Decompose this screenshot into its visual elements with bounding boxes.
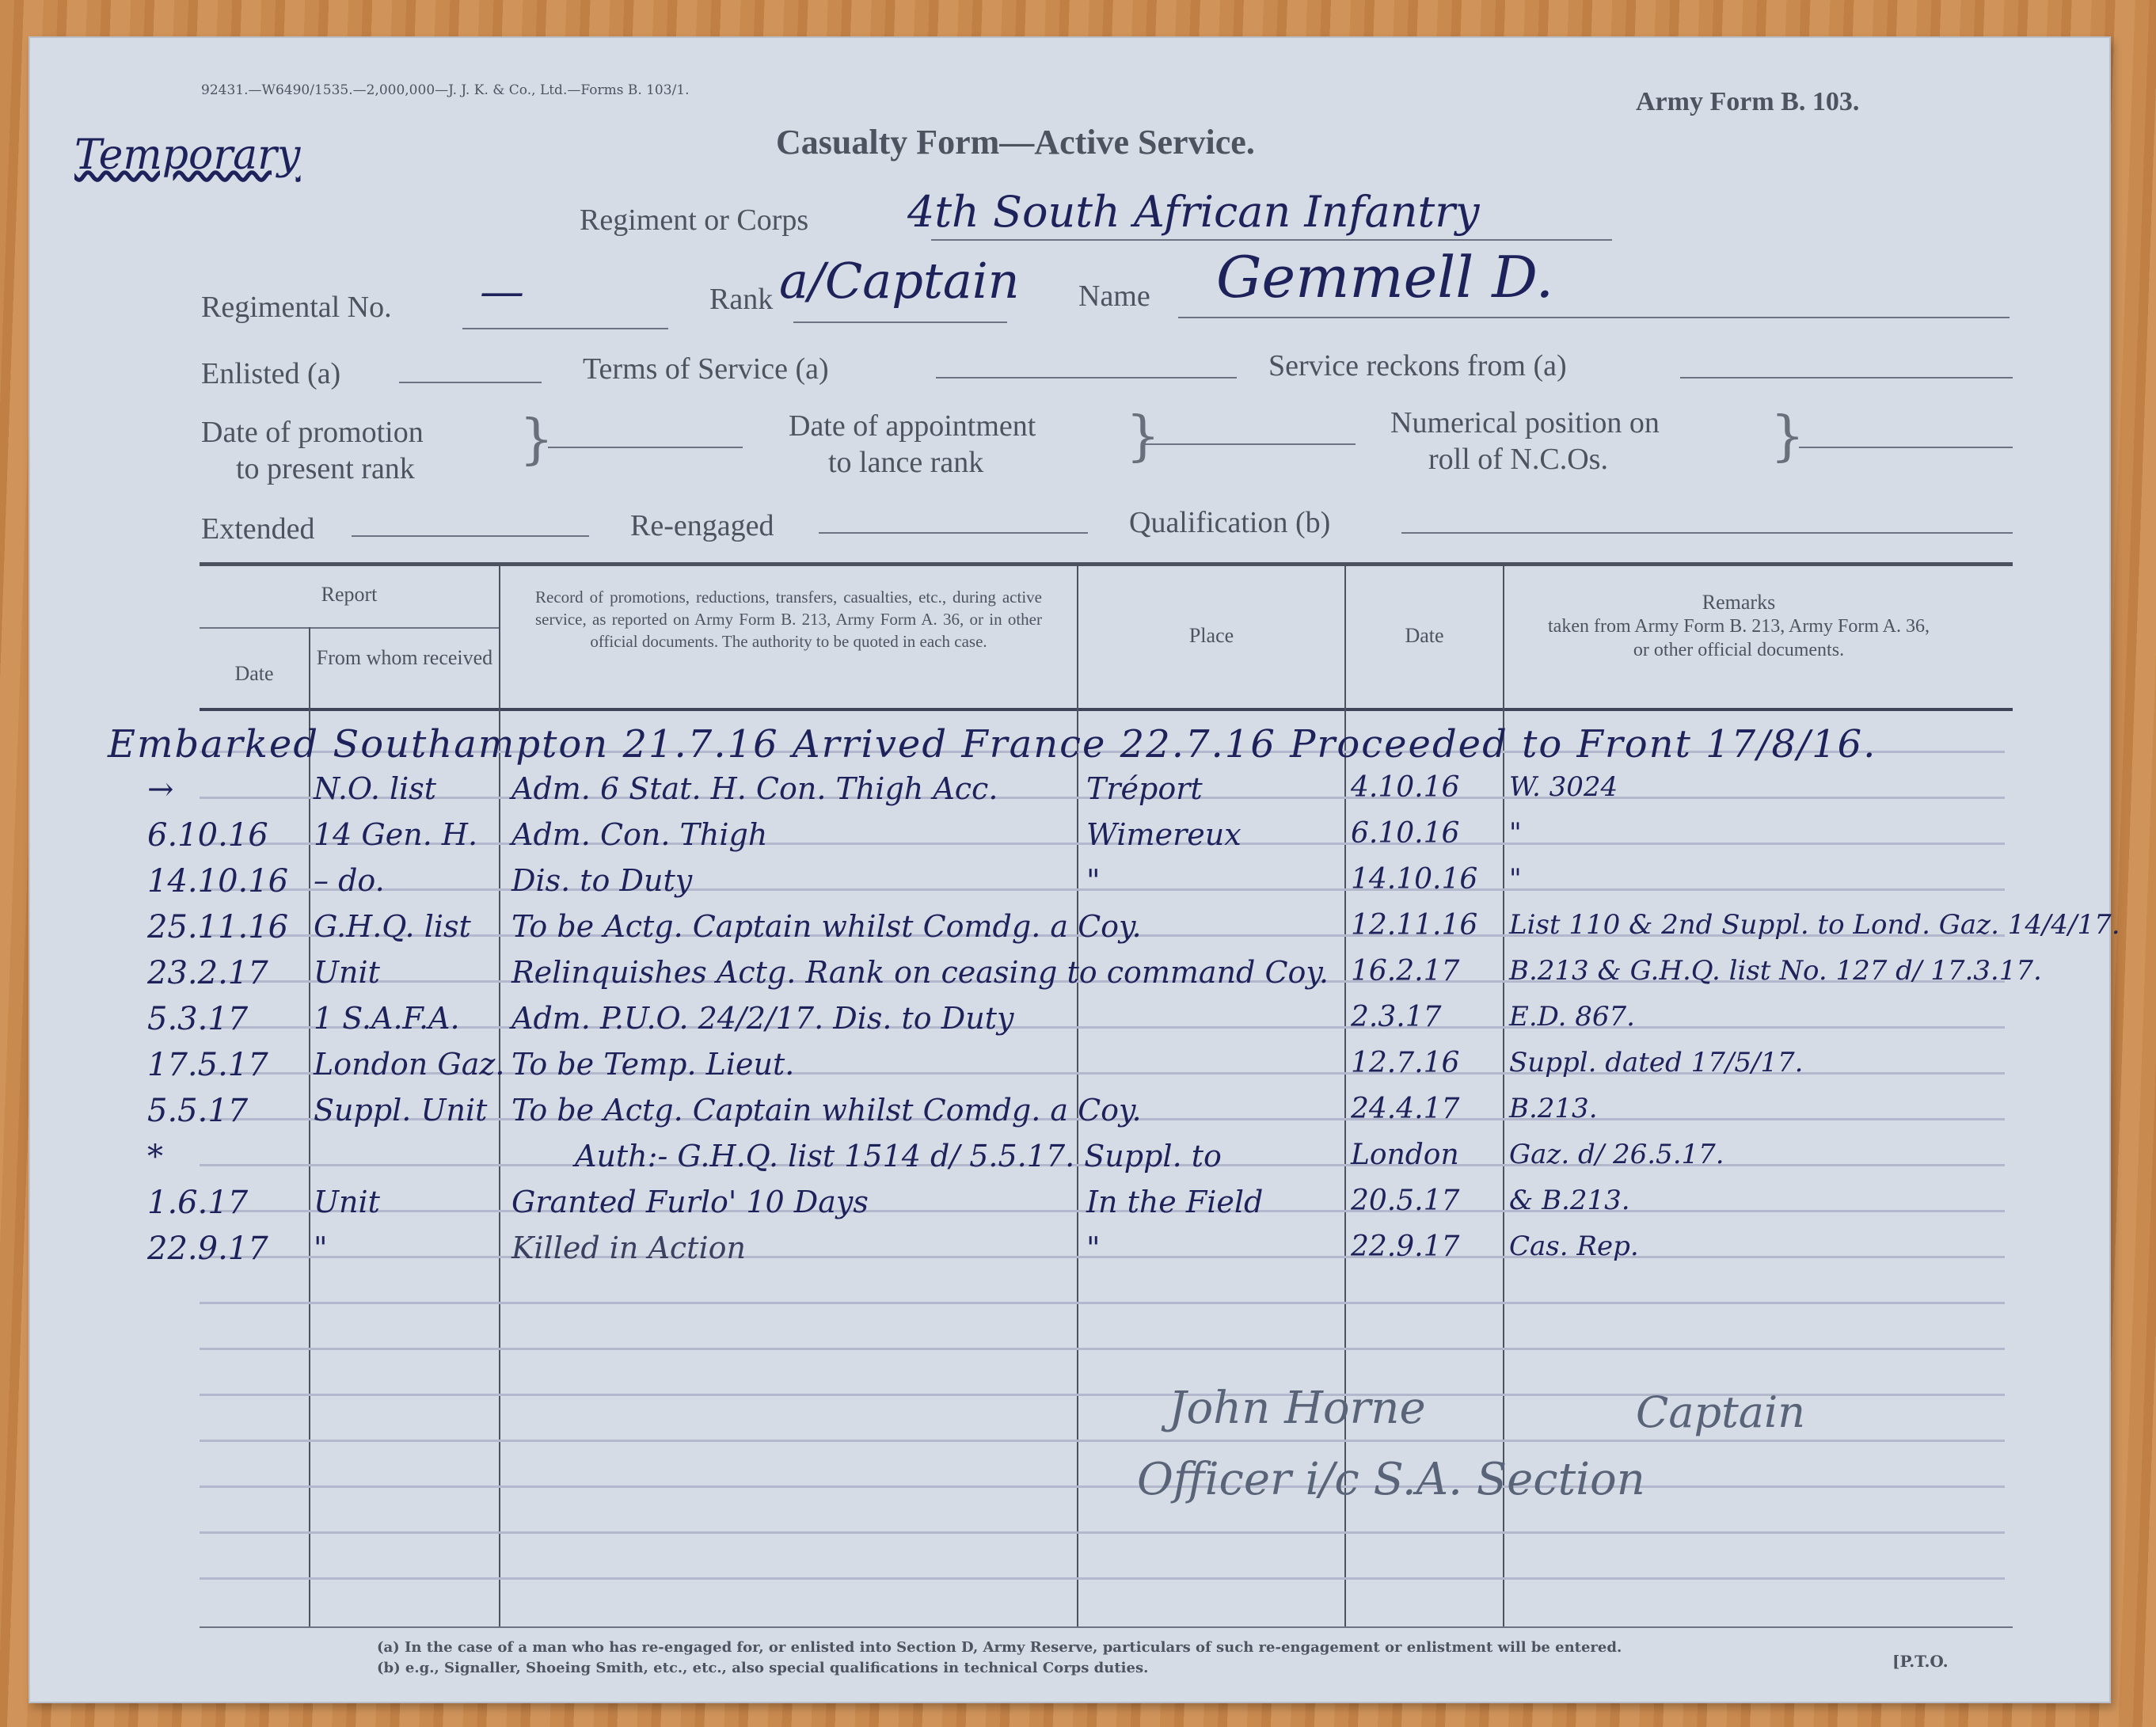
ruled-line [200, 888, 2005, 891]
cell-from: Suppl. Unit [314, 1093, 487, 1128]
ruled-line [200, 1302, 2005, 1304]
cell-date: 25.11.16 [147, 909, 288, 945]
cell-date: * [147, 1139, 163, 1175]
form-number: Army Form B. 103. [1636, 87, 1859, 117]
position-underline [1799, 447, 2013, 448]
cell-remarks: W. 3024 [1509, 771, 1618, 803]
report-header-divider [200, 627, 499, 629]
service-reckons-label: Service reckons from (a) [1268, 348, 1567, 383]
qualification-label: Qualification (b) [1129, 505, 1330, 540]
cell-date: 22.9.17 [147, 1231, 268, 1267]
cell-date: 14.10.16 [147, 863, 288, 900]
ruled-line [200, 1440, 2005, 1442]
cell-record: Auth:- G.H.Q. list 1514 d/ 5.5.17. Suppl… [575, 1139, 1222, 1174]
name-value: Gemmell D. [1216, 244, 1553, 310]
form-title: Casualty Form—Active Service. [776, 122, 1255, 162]
casualty-form-sheet: 92431.—W6490/1535.—2,000,000—J. J. K. & … [29, 36, 2111, 1703]
regiment-value: 4th South African Infantry [907, 187, 1480, 237]
enlisted-underline [399, 382, 542, 383]
header-record: Record of promotions, reductions, transf… [535, 586, 1042, 652]
signature-name: John Horne [1169, 1383, 1426, 1434]
rank-underline [793, 321, 1007, 323]
header-date2: Date [1346, 624, 1503, 648]
signature-title: Officer i/c S.A. Section [1137, 1454, 1645, 1505]
cell-from: London Gaz. [314, 1047, 504, 1082]
cell-record: To be Actg. Captain whilst Comdg. a Coy. [511, 1093, 1142, 1128]
cell-date2: 6.10.16 [1351, 817, 1459, 850]
cell-remarks: List 110 & 2nd Suppl. to Lond. Gaz. 14/4… [1509, 909, 2120, 941]
cell-date2: 2.3.17 [1351, 1001, 1442, 1033]
footnote-b: (b) e.g., Signaller, Shoeing Smith, etc.… [377, 1660, 1148, 1676]
cell-record: Granted Furlo' 10 Days [511, 1185, 869, 1219]
cell-date2: 22.9.17 [1351, 1231, 1459, 1263]
cell-from: 1 S.A.F.A. [314, 1001, 460, 1036]
rank-value: a/Captain [779, 252, 1020, 310]
reckons-underline [1680, 377, 2013, 378]
brace: } [1126, 405, 1160, 468]
cell-record: Dis. to Duty [511, 863, 692, 898]
cell-place: In the Field [1086, 1185, 1263, 1219]
regiment-label: Regiment or Corps [580, 203, 808, 238]
column-divider [309, 627, 310, 1626]
cell-from: N.O. list [314, 771, 436, 806]
cell-from: G.H.Q. list [314, 909, 471, 944]
ruled-line [200, 1256, 2005, 1258]
cell-remarks: " [1509, 863, 1522, 895]
name-label: Name [1078, 279, 1150, 314]
ruled-line [200, 1026, 2005, 1029]
position-label-1: Numerical position on [1390, 405, 1660, 440]
appointment-label-1: Date of appointment [789, 409, 1036, 443]
cell-record: To be Temp. Lieut. [511, 1047, 794, 1082]
promotion-label-1: Date of promotion [201, 415, 424, 450]
reengaged-underline [819, 532, 1088, 534]
cell-place: " [1086, 1231, 1100, 1265]
header-bottom-border [200, 708, 2013, 711]
cell-date: 6.10.16 [147, 817, 268, 854]
cell-remarks: " [1509, 817, 1522, 849]
cell-date2: 16.2.17 [1351, 955, 1459, 987]
regimental-no-value: — [480, 266, 524, 318]
cell-date2: 4.10.16 [1351, 771, 1459, 804]
header-date: Date [200, 662, 309, 686]
cell-remarks: Gaz. d/ 26.5.17. [1509, 1139, 1724, 1170]
cell-from: – do. [314, 863, 385, 898]
cell-remarks: B.213 & G.H.Q. list No. 127 d/ 17.3.17. [1509, 955, 2042, 987]
brace: } [1770, 405, 1804, 468]
rank-label: Rank [709, 282, 773, 317]
cell-date: 5.3.17 [147, 1001, 248, 1037]
cell-from: Unit [314, 955, 380, 990]
terms-underline [936, 377, 1237, 378]
cell-place: " [1086, 863, 1100, 898]
cell-date2: London [1351, 1139, 1459, 1171]
cell-date: → [147, 771, 174, 808]
table-bottom-border [200, 1626, 2013, 1628]
cell-date: 5.5.17 [147, 1093, 248, 1129]
print-code: 92431.—W6490/1535.—2,000,000—J. J. K. & … [201, 82, 690, 98]
table-top-border [200, 562, 2013, 566]
cell-from: " [314, 1231, 327, 1265]
embarkation-entry: Embarked Southampton 21.7.16 Arrived Fra… [108, 722, 1877, 766]
cell-remarks: Suppl. dated 17/5/17. [1509, 1047, 1803, 1078]
brace: } [519, 409, 553, 471]
cell-place: Wimereux [1086, 817, 1242, 852]
ruled-line [200, 1485, 2005, 1488]
ruled-line [200, 1348, 2005, 1350]
qualification-underline [1401, 532, 2013, 534]
cell-record: Adm. P.U.O. 24/2/17. Dis. to Duty [511, 1001, 1013, 1036]
pto-marker: [P.T.O. [1892, 1652, 1949, 1671]
cell-remarks: E.D. 867. [1509, 1001, 1635, 1033]
cell-record: To be Actg. Captain whilst Comdg. a Coy. [511, 909, 1142, 944]
terms-of-service-label: Terms of Service (a) [583, 352, 829, 386]
cell-date: 17.5.17 [147, 1047, 268, 1083]
extended-underline [352, 535, 589, 537]
ruled-line [200, 1531, 2005, 1534]
promotion-label-2: to present rank [236, 451, 415, 486]
appointment-label-2: to lance rank [828, 445, 983, 480]
cell-record: Adm. 6 Stat. H. Con. Thigh Acc. [511, 771, 998, 806]
cell-date2: 12.11.16 [1351, 909, 1477, 941]
header-remarks-title: Remarks [1533, 591, 1945, 614]
extended-label: Extended [201, 512, 315, 546]
cell-record: Adm. Con. Thigh [511, 817, 767, 852]
cell-remarks: & B.213. [1509, 1185, 1630, 1216]
ruled-line [200, 1577, 2005, 1580]
cell-date: 1.6.17 [147, 1185, 248, 1221]
appointment-underline [1145, 443, 1356, 445]
name-underline [1178, 317, 2010, 318]
cell-date: 23.2.17 [147, 955, 268, 991]
cell-from: Unit [314, 1185, 380, 1219]
enlisted-label: Enlisted (a) [201, 356, 340, 391]
cell-remarks: Cas. Rep. [1509, 1231, 1639, 1262]
header-from-whom: From whom received [310, 646, 499, 670]
cell-date2: 20.5.17 [1351, 1185, 1459, 1217]
header-report: Report [200, 583, 499, 607]
signature-rank: Captain [1636, 1387, 1805, 1437]
regimental-no-underline [462, 328, 668, 329]
cell-place: Tréport [1086, 771, 1203, 806]
promotion-underline [548, 447, 743, 448]
regiment-underline [931, 239, 1612, 241]
cell-date2: 14.10.16 [1351, 863, 1477, 896]
header-remarks-sub: taken from Army Form B. 213, Army Form A… [1541, 614, 1937, 662]
cell-date2: 24.4.17 [1351, 1093, 1459, 1125]
cell-record: Relinquishes Actg. Rank on ceasing to co… [511, 955, 1329, 990]
reengaged-label: Re-engaged [630, 508, 774, 543]
regimental-no-label: Regimental No. [201, 290, 392, 325]
cell-date2: 12.7.16 [1351, 1047, 1459, 1079]
cell-from: 14 Gen. H. [314, 817, 477, 852]
temporary-annotation: Temporary [74, 131, 300, 179]
footnote-a: (a) In the case of a man who has re-enga… [377, 1639, 1622, 1656]
position-label-2: roll of N.C.Os. [1428, 442, 1608, 477]
cell-remarks: B.213. [1509, 1093, 1598, 1124]
header-place: Place [1078, 624, 1344, 648]
cell-record: Killed in Action [511, 1231, 746, 1265]
